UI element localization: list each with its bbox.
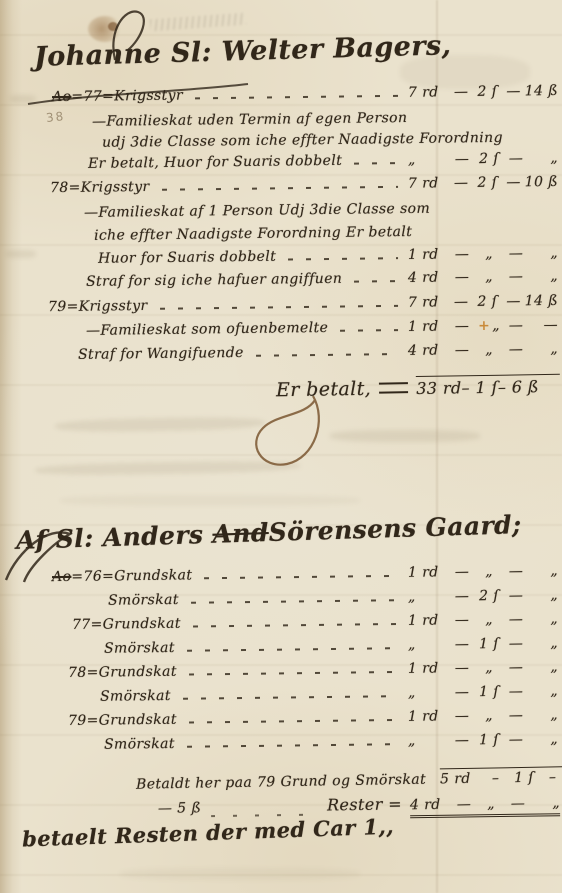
amount-mark: „ [474, 342, 504, 358]
amount-dash: — [509, 246, 524, 262]
amount-group: 1 rd— „— „ [408, 245, 558, 263]
pencil-folio-number: 38 [45, 109, 66, 125]
amount-group: „— 2 ſ— „ [408, 587, 558, 605]
amount-dash: — [455, 684, 470, 700]
dash-leader [183, 695, 398, 700]
amount-dash: — [455, 342, 470, 358]
amount-dash: — [454, 175, 469, 191]
amount-group: 1 rd— „— „ [408, 563, 558, 581]
amount-dash: — [509, 341, 524, 357]
anno-ligature: Ao [52, 569, 72, 585]
entry-label: Straf for Wangifuende [78, 345, 244, 363]
amount-rigsdaler: 1 rd [408, 708, 450, 725]
amount-mark: +„ [474, 318, 504, 334]
amount-group: 1 rd— +„— — [408, 317, 558, 335]
amount-rigsdaler: „ [408, 685, 450, 702]
ink-bleed-ghost [6, 250, 36, 258]
ledger-line: —Familieskat uden Termin af egen Person [92, 108, 558, 130]
top-edge-scribble [150, 13, 247, 32]
amount-group: 33 rd– 1 ſ– 6 ß [416, 374, 560, 398]
amount-mark: „ [474, 564, 504, 580]
amount-group: „— 1 ſ— „ [408, 731, 558, 749]
amount-mark: 1 ſ [509, 770, 539, 787]
entry-label: Smörskat [108, 592, 179, 609]
amount-skilling: „ [528, 245, 558, 261]
amount-dash: — [455, 269, 470, 285]
ledger-line: Straf for Wangifuende 4 rd— „— „ [78, 341, 558, 363]
amount-dash: — [509, 563, 524, 579]
amount-rigsdaler: 7 rd [408, 84, 450, 101]
amount-dash: — [506, 83, 521, 99]
amount-rigsdaler: 1 rd [408, 612, 450, 629]
amount-dash: – [492, 770, 500, 786]
orange-plus-mark: + [478, 318, 490, 334]
ledger-line: Smörskat „— 2 ſ— „ [108, 587, 558, 608]
entry-label: Smörskat [104, 736, 175, 753]
amount-mark: „ [474, 246, 504, 262]
amount-dash: — [506, 174, 521, 190]
amount-group: 1 rd— „— „ [408, 659, 558, 677]
amount-dash: — [511, 796, 526, 812]
ink-bleed-ghost [55, 416, 265, 433]
amount-group: „— 2 ſ— „ [408, 150, 558, 168]
amount-skilling: 10 ß [525, 174, 558, 190]
ledger-line: —Familieskat af 1 Person Udj 3die Classe… [84, 199, 558, 221]
ledger-line: 77=Grundskat 1 rd— „— „ [72, 611, 558, 633]
entry-label: 78=Grundskat [68, 664, 177, 681]
entry-label: Huor for Suaris dobbelt [98, 249, 276, 267]
amount-rigsdaler: 1 rd [408, 318, 450, 335]
amount-mark: 1 ſ [474, 732, 504, 748]
amount-dash: — [454, 294, 469, 310]
amount-dash: — [509, 611, 524, 627]
amount-dash: — [509, 707, 524, 723]
ledger-line: Smörskat „— 1 ſ— „ [104, 731, 558, 753]
amount-group: 1 rd— „— „ [408, 707, 558, 725]
entry-label: Smörskat [100, 688, 171, 705]
amount-rigsdaler: 1 rd [408, 247, 450, 264]
amount-skilling: 14 ß [525, 83, 558, 99]
entry-label: 79=Krigsstyr [48, 298, 148, 315]
amount-rigsdaler: 4 rd [410, 797, 452, 814]
amount-mark: „ [474, 708, 504, 724]
amount-group: 4 rd— „— „ [408, 341, 558, 359]
amount-group: „— 1 ſ— „ [408, 683, 558, 701]
amount-rigsdaler: 4 rd [408, 342, 450, 359]
amount-rigsdaler: 1 rd [408, 660, 450, 677]
amount-dash: — [509, 636, 524, 652]
amount-dash: — [509, 659, 524, 675]
amount-rigsdaler: 7 rd [408, 175, 450, 192]
amount-skilling: „ [528, 563, 558, 579]
amount-mark: 2 ſ [472, 84, 502, 100]
amount-rigsdaler: „ [408, 151, 450, 168]
ledger-line: 79=Krigsstyr 7 rd— 2 ſ— 14 ß [48, 293, 558, 315]
section1-total-line: Er betalt, 33 rd– 1 ſ– 6 ß [276, 374, 560, 401]
dash-leader [193, 623, 398, 628]
amount-group: 7 rd— 2 ſ— 14 ß [408, 293, 558, 311]
amount-dash: – [549, 769, 557, 785]
amount-dash: — [455, 246, 470, 262]
amount-skilling: 14 ß [525, 293, 558, 309]
amount-skilling: „ [528, 707, 558, 723]
dash-leader [189, 671, 398, 676]
amount-mark: „ [474, 660, 504, 676]
ledger-line: iche effter Naadigste Forordning Er beta… [94, 222, 558, 244]
dash-leader [187, 647, 398, 652]
total-label: Er betalt, [276, 378, 371, 401]
amount-dash: — [509, 269, 524, 285]
ink-bleed-ghost [10, 95, 36, 103]
entry-label: —Familieskat af 1 Person Udj 3die Classe… [84, 201, 430, 221]
amount-skilling: „ [528, 268, 558, 284]
entry-label: udj 3die Classe som iche effter Naadigst… [102, 130, 503, 151]
amount-mark: „ [474, 612, 504, 628]
entry-label: —Familieskat uden Termin af egen Person [92, 110, 408, 130]
amount-group: „— 1 ſ— „ [408, 635, 558, 653]
struck-name-part: And [212, 518, 269, 549]
amount-skilling: „ [528, 731, 558, 747]
amount-mark: 1 ſ [474, 684, 504, 700]
amount-group: 7 rd— 2 ſ— 10 ß [408, 174, 558, 192]
dash-leader [204, 575, 398, 579]
amount-dash: — [455, 636, 470, 652]
ink-speck [108, 22, 118, 31]
manuscript-page: 38 Johanne Sl: Welter Bagers, Ao=77=Krig… [0, 0, 562, 893]
ink-bleed-ghost [35, 460, 300, 477]
paid-line: Betaldt her paa 79 Grund og Smörskat 5 r… [136, 766, 560, 792]
amount-dash: — [509, 588, 524, 604]
amount-skilling: — [528, 317, 558, 333]
dash-leader [195, 95, 398, 99]
dash-leader [162, 186, 398, 191]
amount-dash: — [455, 151, 470, 167]
ledger-line: 78=Grundskat 1 rd— „— „ [68, 659, 558, 681]
ledger-line: 78=Krigsstyr 7 rd— 2 ſ— 10 ß [50, 174, 558, 196]
amount-mark: 1 ſ [475, 378, 498, 397]
amount-skilling: „ [528, 341, 558, 357]
amount-skilling: „ [528, 659, 558, 675]
entry-label: —Familieskat som ofuenbemelte [86, 320, 328, 339]
amount-skilling: „ [528, 683, 558, 699]
amount-dash: — [455, 660, 470, 676]
entry-label: Smörskat [104, 640, 175, 657]
entry-label: iche effter Naadigste Forordning Er beta… [94, 224, 412, 244]
amount-rigsdaler: 7 rd [408, 294, 450, 311]
amount-dash: — [454, 84, 469, 100]
ledger-line: Er betalt, Huor for Suaris dobbelt „— 2 … [88, 150, 558, 172]
ink-bleed-ghost [120, 868, 360, 880]
entry-label: — 5 ß [158, 800, 201, 817]
amount-skilling: „ [528, 611, 558, 627]
entry-label: Ao=76=Grundskat [52, 567, 193, 585]
ledger-line: Straf for sig iche hafuer angiffuen 4 rd… [86, 268, 558, 290]
dash-leader [187, 743, 398, 748]
amount-group: 4 rd— „— „ [408, 268, 558, 286]
dash-leader [189, 719, 398, 724]
amount-group: 4 rd— „— „ [410, 795, 560, 818]
amount-mark: 1 ſ [474, 636, 504, 652]
anno-ligature: Ao [52, 89, 72, 105]
entry-label: Betaldt her paa 79 Grund og Smörskat [136, 772, 426, 793]
ledger-line: Ao=76=Grundskat 1 rd— „— „ [52, 563, 558, 585]
amount-rigsdaler: „ [408, 637, 450, 654]
ledger-line: udj 3die Classe som iche effter Naadigst… [102, 129, 558, 151]
amount-rigsdaler: 5 rd [440, 771, 482, 788]
amount-dash: — [457, 796, 472, 812]
amount-dash: — [506, 293, 521, 309]
amount-dash: — [509, 318, 524, 334]
dash-leader [288, 257, 398, 260]
amount-skilling: „ [528, 587, 558, 603]
amount-dash: — [455, 612, 470, 628]
amount-group: 5 rd– 1 ſ– „ [440, 766, 562, 788]
dash-leader [340, 329, 398, 332]
dash-leader [191, 599, 398, 604]
rester-label: Rester = [327, 794, 402, 814]
amount-skilling: 6 ß [512, 377, 539, 396]
amount-dash: – [461, 378, 470, 397]
amount-dash: — [509, 732, 524, 748]
ledger-line: Smörskat „— 1 ſ— „ [100, 683, 558, 705]
amount-dash: — [455, 318, 470, 334]
amount-dash: — [455, 564, 470, 580]
amount-dash: — [509, 684, 524, 700]
ledger-line: 79=Grundskat 1 rd— „— „ [68, 707, 558, 729]
entry-label: Er betalt, Huor for Suaris dobbelt [88, 153, 342, 172]
dash-leader [256, 353, 398, 357]
entry-label: 78=Krigsstyr [50, 179, 150, 196]
ledger-line: Huor for Suaris dobbelt 1 rd— „— „ [98, 245, 558, 267]
amount-dash: — [455, 708, 470, 724]
amount-mark: 2 ſ [472, 175, 502, 191]
amount-group: 1 rd— „— „ [408, 611, 558, 629]
dash-leader [160, 305, 398, 310]
total-flourish-loop [235, 392, 345, 482]
amount-group: 7 rd— 2 ſ— 14 ß [408, 83, 558, 101]
amount-dash: — [455, 588, 470, 604]
equals-mark [379, 382, 408, 393]
ink-bleed-ghost [60, 495, 360, 506]
ink-bleed-ghost [330, 430, 480, 442]
amount-mark: 2 ſ [474, 588, 504, 604]
ledger-line: Ao=77=Krigsstyr 7 rd— 2 ſ— 14 ß [52, 83, 558, 105]
entry-label: Ao=77=Krigsstyr [52, 87, 183, 105]
amount-rigsdaler: „ [408, 733, 450, 750]
amount-mark: „ [474, 269, 504, 285]
amount-rigsdaler: „ [408, 589, 450, 606]
amount-skilling: „ [528, 150, 558, 166]
ledger-line: —Familieskat som ofuenbemelte 1 rd— +„— … [86, 317, 558, 339]
amount-mark: 2 ſ [472, 294, 502, 310]
amount-dash: – [498, 378, 507, 397]
section2-heading: Af Sl: Anders AndSörensens Gaard; [16, 510, 522, 555]
amount-mark: 2 ſ [474, 151, 504, 167]
bottom-margin-note: betaelt Resten der med Car 1,, [22, 814, 395, 852]
amount-rigsdaler: 1 rd [408, 564, 450, 581]
entry-label: Straf for sig iche hafuer angiffuen [86, 271, 342, 290]
amount-skilling: „ [528, 635, 558, 651]
ledger-line: Smörskat „— 1 ſ— „ [104, 635, 558, 657]
entry-label: 77=Grundskat [72, 616, 181, 633]
amount-mark: „ [476, 796, 506, 812]
dash-leader [354, 162, 398, 165]
amount-rigsdaler: 4 rd [408, 269, 450, 286]
amount-skilling: „ [530, 795, 560, 811]
amount-dash: — [509, 151, 524, 167]
dash-leader [354, 280, 398, 283]
amount-dash: — [455, 732, 470, 748]
entry-label: 79=Grundskat [68, 712, 177, 729]
amount-rigsdaler: 33 rd [416, 378, 462, 398]
